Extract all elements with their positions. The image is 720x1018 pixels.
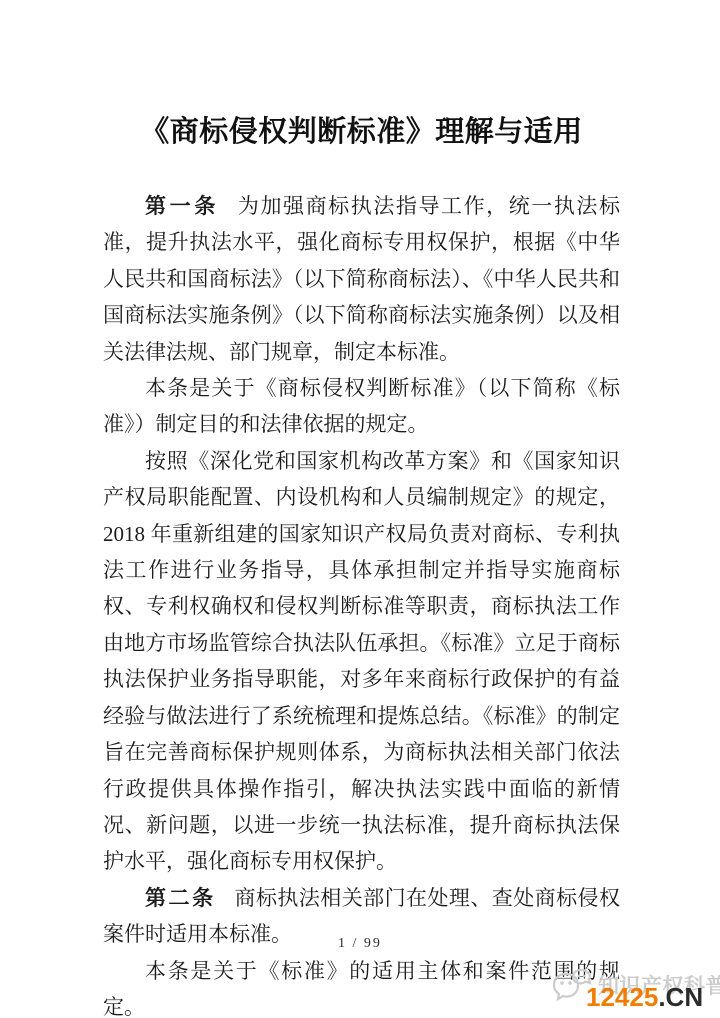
article-label: 第二条: [145, 886, 216, 910]
paragraph: 第一条为加强商标执法指导工作，统一执法标准，提升执法水平，强化商标专用权保护，根…: [103, 188, 620, 370]
watermark-site-tld: .CN: [658, 982, 703, 1012]
paragraph-text: 本条是关于《标准》的适用主体和案件范围的规定。: [103, 959, 620, 1018]
paragraph: 按照《深化党和国家机构改革方案》和《国家知识产权局职能配置、内设机构和人员编制规…: [103, 443, 620, 880]
document-body: 《商标侵权判断标准》理解与适用 第一条为加强商标执法指导工作，统一执法标准，提升…: [103, 110, 620, 1018]
page-number: 1 / 99: [0, 936, 720, 952]
watermark-site-name: 12425: [586, 982, 658, 1012]
paragraph-text: 为加强商标执法指导工作，统一执法标准，提升执法水平，强化商标专用权保护，根据《中…: [103, 194, 620, 364]
document-page: 《商标侵权判断标准》理解与适用 第一条为加强商标执法指导工作，统一执法标准，提升…: [0, 0, 720, 1018]
paragraph-text: 本条是关于《商标侵权判断标准》（以下简称《标准》）制定目的和法律依据的规定。: [103, 376, 620, 436]
watermark-site-url: 12425.CN: [586, 984, 703, 1010]
paragraph: 本条是关于《标准》的适用主体和案件范围的规定。: [103, 953, 620, 1018]
article-label: 第一条: [145, 194, 219, 218]
page-title: 《商标侵权判断标准》理解与适用: [103, 110, 620, 154]
paragraph-text: 按照《深化党和国家机构改革方案》和《国家知识产权局职能配置、内设机构和人员编制规…: [103, 449, 620, 873]
paragraph: 本条是关于《商标侵权判断标准》（以下简称《标准》）制定目的和法律依据的规定。: [103, 370, 620, 443]
watermark: 知识产权科普 12425.CN: [552, 962, 720, 1018]
